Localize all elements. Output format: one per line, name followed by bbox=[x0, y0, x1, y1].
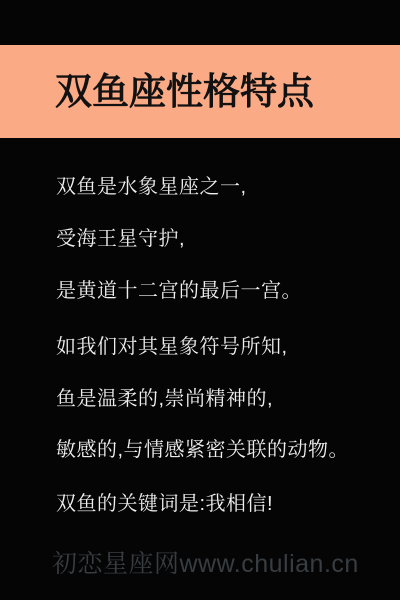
body-line: 是黄道十二宫的最后一宫。 bbox=[56, 278, 302, 304]
body-line: 敏感的,与情感紧密关联的动物。 bbox=[56, 437, 349, 463]
body-line: 如我们对其星象符号所知, bbox=[56, 334, 288, 360]
body-line: 双鱼的关键词是:我相信! bbox=[56, 491, 273, 517]
title-banner: 双鱼座性格特点 bbox=[0, 45, 400, 138]
watermark-text: 初恋星座网www.chulian.cn bbox=[52, 544, 359, 580]
quote-card: 双鱼座性格特点 双鱼是水象星座之一, 受海王星守护, 是黄道十二宫的最后一宫。 … bbox=[0, 0, 400, 600]
body-line: 鱼是温柔的,崇尚精神的, bbox=[56, 386, 273, 412]
body-line: 受海王星守护, bbox=[56, 226, 185, 252]
body-line: 双鱼是水象星座之一, bbox=[56, 174, 247, 200]
page-title: 双鱼座性格特点 bbox=[55, 45, 314, 138]
